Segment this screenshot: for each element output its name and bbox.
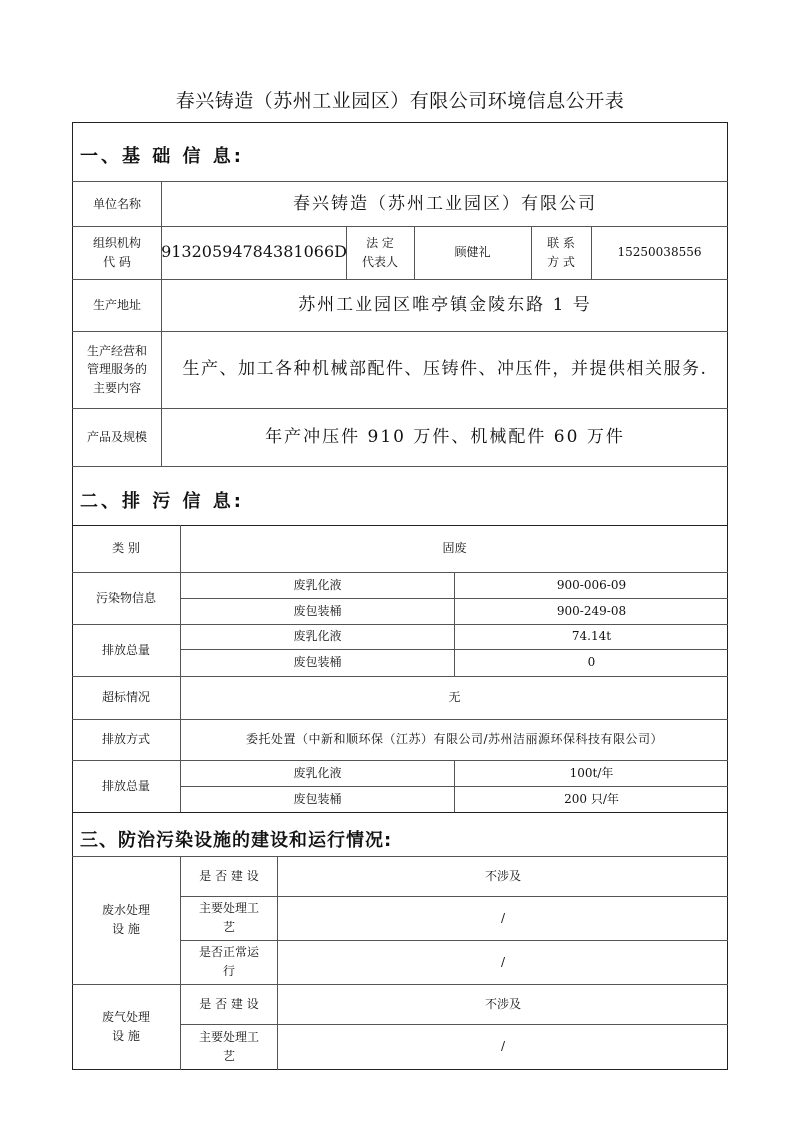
facility-row-label: 主要处理工 艺 [181,1024,277,1069]
facility-row-value: 不涉及 [278,856,728,896]
pollutant-name: 废乳化液 [181,572,454,598]
pollutant-name: 废包装桶 [181,598,454,624]
section-heading-discharge-info: 二、排 污 信 息: [80,487,244,513]
exceed-label: 超标情况 [72,676,180,719]
facility-row-value: / [278,1024,728,1069]
permit-item-value: 100t/年 [455,760,728,786]
org-code-value: 91320594784381066D [162,226,346,279]
business-label: 生产经营和 管理服务的 主要内容 [72,331,162,408]
facility-row-value: / [278,896,728,940]
table-border-bottom [72,1069,728,1070]
category-label: 类 别 [72,525,180,572]
facility-row-label: 是否正常运 行 [181,940,277,984]
table-border-top [72,122,728,123]
contact-value: 15250038556 [591,226,728,279]
section-heading-facilities: 三、防治污染设施的建设和运行情况: [80,826,392,852]
method-value: 委托处置（中新和顺环保（江苏）有限公司/苏州洁丽源环保科技有限公司） [181,719,728,760]
legal-rep-value: 顾健礼 [414,226,531,279]
facility-row-value: 不涉及 [278,984,728,1024]
pollutant-code: 900-249-08 [455,598,728,624]
category-value: 固废 [181,525,728,572]
unit-name-value: 春兴铸造（苏州工业园区）有限公司 [162,181,728,227]
discharge-item-name: 废包装桶 [181,649,454,676]
address-value: 苏州工业园区唯亭镇金陵东路 1 号 [162,279,728,331]
products-label: 产品及规模 [72,408,162,466]
wastegas-facility-label: 废气处理 设 施 [72,984,180,1069]
permit-item-value: 200 只/年 [455,786,728,812]
org-code-label: 组织机构 代 码 [72,226,162,279]
contact-label: 联 系 方 式 [531,226,591,279]
address-label: 生产地址 [72,279,162,331]
method-label: 排放方式 [72,719,180,760]
business-value: 生产、加工各种机械部配件、压铸件、冲压件，并提供相关服务. [162,331,728,408]
facility-row-label: 是 否 建 设 [181,984,277,1024]
products-value: 年产冲压件 910 万件、机械配件 60 万件 [162,408,728,466]
facility-row-label: 是 否 建 设 [181,856,277,896]
facility-row-label: 主要处理工 艺 [181,896,277,940]
exceed-value: 无 [181,676,728,719]
discharge-item-value: 0 [455,649,728,676]
facility-row-value: / [278,940,728,984]
discharge-item-name: 废乳化液 [181,624,454,649]
permit-item-name: 废乳化液 [181,760,454,786]
unit-name-label: 单位名称 [72,181,162,227]
permit-item-name: 废包装桶 [181,786,454,812]
page-title: 春兴铸造（苏州工业园区）有限公司环境信息公开表 [0,86,800,113]
row-divider [72,466,728,467]
section-heading-basic-info: 一、基 础 信 息: [80,142,244,168]
pollutant-info-label: 污染物信息 [72,572,180,624]
discharge-item-value: 74.14t [455,624,728,649]
permit-total-label: 排放总量 [72,760,180,812]
wastewater-facility-label: 废水处理 设 施 [72,856,180,984]
pollutant-code: 900-006-09 [455,572,728,598]
row-divider [72,812,728,813]
legal-rep-label: 法 定 代表人 [346,226,414,279]
discharge-total-label: 排放总量 [72,624,180,676]
